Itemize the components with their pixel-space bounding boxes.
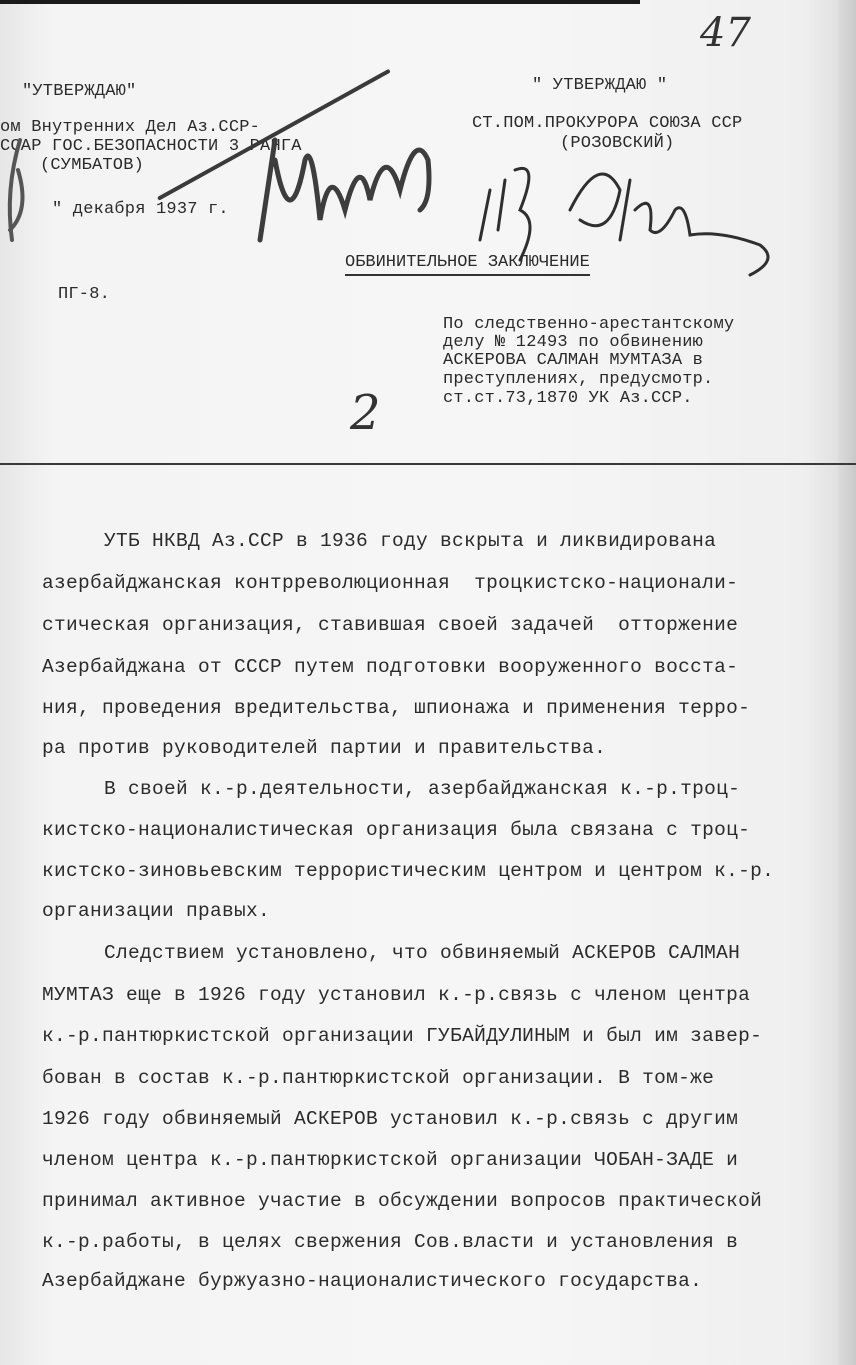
body-line: ния, проведения вредительства, шпионажа … (42, 697, 750, 719)
body-line: МУМТАЗ еще в 1926 году установил к.-р.св… (42, 984, 750, 1006)
body-line: Азербайджане буржуазно-националистическо… (42, 1270, 702, 1292)
body-line: азербайджанская контрреволюционная троцк… (42, 572, 738, 594)
body-line: ра против руководителей партии и правите… (42, 737, 606, 759)
approval-right-line1: СТ.ПОМ.ПРОКУРОРА СОЮЗА ССР (472, 114, 742, 133)
scan-edge (0, 0, 640, 4)
case-info-line: делу № 12493 по обвинению (443, 333, 703, 352)
body-line: кистско-зиновьевским террористическим це… (42, 860, 774, 882)
document-title: ОБВИНИТЕЛЬНОЕ ЗАКЛЮЧЕНИЕ (345, 253, 590, 276)
body-line: принимал активное участие в обсуждении в… (42, 1190, 762, 1212)
document-code: ПГ-8. (58, 285, 110, 304)
approval-left-line3: (СУМБАТОВ) (40, 156, 144, 175)
case-info-line: По следственно-арестантскому (443, 315, 734, 334)
body-line: УТБ НКВД Аз.ССР в 1936 году вскрыта и ли… (104, 530, 716, 552)
body-line: кистско-националистическая организация б… (42, 819, 750, 841)
body-line: бован в состав к.-р.пантюркистской орган… (42, 1067, 714, 1089)
body-line: членом центра к.-р.пантюркистской органи… (42, 1149, 738, 1171)
section-divider (0, 463, 856, 465)
body-line: Азербайджана от СССР путем подготовки во… (42, 656, 738, 678)
case-info-line: АСКЕРОВА САЛМАН МУМТАЗА в (443, 351, 703, 370)
handwritten-sheet-number: 2 (350, 385, 381, 441)
body-line: организации правых. (42, 900, 270, 922)
approval-left-heading: "УТВЕРЖДАЮ" (22, 82, 136, 101)
body-line: к.-р.работы, в целях свержения Сов.власт… (42, 1231, 738, 1253)
margin-handwriting (0, 130, 40, 250)
case-info-line: ст.ст.73,1870 УК Аз.ССР. (443, 389, 693, 408)
body-line: В своей к.-р.деятельности, азербайджанск… (104, 778, 740, 800)
approval-left-date: " декабря 1937 г. (52, 200, 229, 219)
document-page: "УТВЕРЖДАЮ" ом Внутренних Дел Аз.ССР- СС… (0, 0, 856, 1365)
case-info-line: преступлениях, предусмотр. (443, 370, 713, 389)
approval-right-heading: " УТВЕРЖДАЮ " (532, 76, 667, 95)
handwritten-page-number: 47 (700, 10, 751, 56)
body-line: к.-р.пантюркистской организации ГУБАЙДУЛ… (42, 1025, 762, 1047)
body-line: стическая организация, ставившая своей з… (42, 614, 738, 636)
body-line: Следствием установлено, что обвиняемый А… (104, 942, 740, 964)
scan-edge-right (838, 0, 856, 1365)
body-line: 1926 году обвиняемый АСКЕРОВ установил к… (42, 1108, 738, 1130)
left-signature (250, 100, 440, 250)
